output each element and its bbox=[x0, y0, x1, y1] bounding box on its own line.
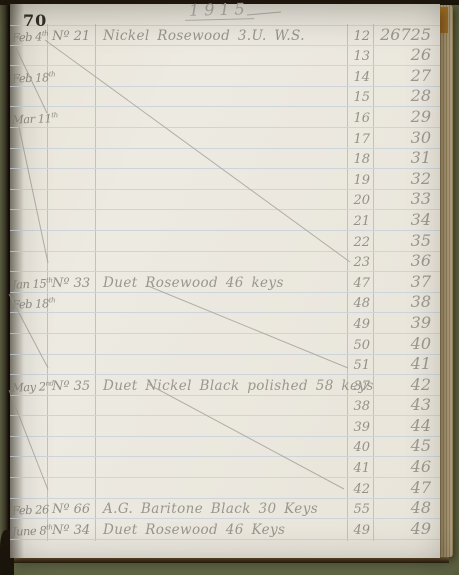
ledger-row: 15 28 bbox=[10, 87, 440, 108]
entry-serial: 35 bbox=[375, 231, 433, 250]
entry-date bbox=[12, 167, 47, 168]
entry-description: Duet Nickel Black polished 58 keys bbox=[103, 378, 345, 394]
entry-serial: 48 bbox=[375, 498, 433, 517]
ledger-row: Jan 15th Nº 33 Duet Rosewood 46 keys 47 … bbox=[10, 272, 440, 293]
entry-qty: 13 bbox=[347, 49, 373, 64]
entry-date bbox=[12, 208, 47, 209]
ledger-row: May 2nd Nº 35 Duet Nickel Black polished… bbox=[10, 375, 440, 396]
entry-date: Feb 26 bbox=[12, 503, 47, 518]
entry-date-text: Feb 18 bbox=[12, 70, 49, 85]
entry-qty: 19 bbox=[347, 173, 373, 188]
entry-date bbox=[12, 372, 47, 373]
entry-serial: 33 bbox=[375, 189, 433, 208]
entry-qty: 50 bbox=[347, 338, 373, 353]
ledger-row: 17 30 bbox=[10, 128, 440, 149]
entry-serial: 28 bbox=[375, 86, 433, 105]
entry-date: Feb 18th bbox=[12, 297, 47, 312]
entry-qty: 49 bbox=[347, 317, 373, 332]
entry-qty: 42 bbox=[347, 482, 373, 497]
entry-description: Duet Rosewood 46 keys bbox=[103, 275, 345, 291]
entry-serial: 41 bbox=[375, 354, 433, 373]
entry-qty: 39 bbox=[347, 420, 373, 435]
ledger-row: 18 31 bbox=[10, 149, 440, 170]
entry-date bbox=[12, 475, 47, 476]
entry-qty: 41 bbox=[347, 461, 373, 476]
ledger-row: Mar 11th 16 29 bbox=[10, 107, 440, 128]
entry-date bbox=[12, 249, 47, 250]
entry-qty: 14 bbox=[347, 70, 373, 85]
entry-qty: 48 bbox=[347, 296, 373, 311]
entry-date-text: Jan 15 bbox=[12, 276, 47, 291]
entry-description: Nickel Rosewood 3.U. W.S. bbox=[103, 28, 345, 44]
underlying-page-sliver bbox=[439, 7, 448, 33]
entry-description: A.G. Baritone Black 30 Keys bbox=[103, 501, 345, 517]
entry-qty: 40 bbox=[347, 440, 373, 455]
entry-qty: 12 bbox=[347, 29, 373, 44]
entry-date: Feb 18th bbox=[12, 70, 47, 85]
entry-qty: 55 bbox=[347, 502, 373, 517]
entry-qty: 47 bbox=[347, 276, 373, 291]
entry-date-text: May 2 bbox=[12, 379, 46, 394]
ledger-row: 51 41 bbox=[10, 355, 440, 376]
ledger-row: 42 47 bbox=[10, 478, 440, 499]
entry-date bbox=[12, 331, 47, 332]
entry-date bbox=[12, 414, 47, 415]
entry-date bbox=[12, 270, 47, 271]
entry-serial: 37 bbox=[375, 272, 433, 291]
entry-serial: 38 bbox=[375, 292, 433, 311]
entry-qty: 37 bbox=[347, 379, 373, 394]
entry-serial: 46 bbox=[375, 457, 433, 476]
ledger-row: 20 33 bbox=[10, 190, 440, 211]
ledger-row: 40 45 bbox=[10, 437, 440, 458]
entry-date bbox=[12, 434, 47, 435]
entry-model-number: Nº 66 bbox=[52, 502, 96, 517]
entry-serial: 29 bbox=[375, 107, 433, 126]
entry-date: May 2nd bbox=[12, 379, 47, 394]
ledger-row: 50 40 bbox=[10, 334, 440, 355]
stacked-pages-edge bbox=[440, 5, 453, 557]
entry-date-text: Mar 11 bbox=[12, 111, 52, 126]
ledger-row: 22 35 bbox=[10, 231, 440, 252]
entry-model-number: Nº 21 bbox=[52, 29, 96, 44]
entry-date: June 8th bbox=[12, 523, 47, 538]
entry-serial: 40 bbox=[375, 334, 433, 353]
entry-qty: 38 bbox=[347, 399, 373, 414]
ledger-row: 23 36 bbox=[10, 252, 440, 273]
entry-serial: 27 bbox=[375, 66, 433, 85]
entry-serial: 36 bbox=[375, 251, 433, 270]
entry-model-number: Nº 33 bbox=[52, 276, 96, 291]
entry-qty: 49 bbox=[347, 523, 373, 538]
entry-serial: 43 bbox=[375, 395, 433, 414]
entry-date: Mar 11th bbox=[12, 111, 47, 126]
ledger-row: 39 44 bbox=[10, 416, 440, 437]
entry-date bbox=[12, 146, 47, 147]
ledger-row: Feb 18th 48 38 bbox=[10, 293, 440, 314]
ledger-row: 13 26 bbox=[10, 46, 440, 67]
entry-qty: 51 bbox=[347, 358, 373, 373]
ledger-row: 21 34 bbox=[10, 210, 440, 231]
entry-date-ordinal: th bbox=[49, 70, 56, 78]
entry-qty: 16 bbox=[347, 111, 373, 126]
entry-date: Feb 4th bbox=[12, 29, 47, 44]
entry-model-number: Nº 34 bbox=[52, 523, 96, 538]
entry-model-number: Nº 35 bbox=[52, 379, 96, 394]
entry-date bbox=[12, 64, 47, 65]
entry-date bbox=[12, 352, 47, 353]
entry-serial: 44 bbox=[375, 416, 433, 435]
entry-qty: 17 bbox=[347, 132, 373, 147]
entry-qty: 20 bbox=[347, 193, 373, 208]
entry-serial: 26725 bbox=[375, 25, 433, 44]
ledger-row: 38 43 bbox=[10, 396, 440, 417]
ledger-row: 41 46 bbox=[10, 457, 440, 478]
entry-qty: 18 bbox=[347, 152, 373, 167]
ledger-row: 49 39 bbox=[10, 313, 440, 334]
entry-date bbox=[12, 496, 47, 497]
entry-date bbox=[12, 187, 47, 188]
entry-serial: 49 bbox=[375, 519, 433, 538]
entry-date: Jan 15th bbox=[12, 276, 47, 291]
entry-qty: 21 bbox=[347, 214, 373, 229]
entry-date-text: Feb 18 bbox=[12, 297, 49, 312]
year-heading: 1915 bbox=[185, 0, 254, 21]
entry-serial: 47 bbox=[375, 478, 433, 497]
ledger-page: 70 1915 Feb 4th Nº 21 Nickel Rosewood 3.… bbox=[10, 4, 440, 558]
entry-serial: 32 bbox=[375, 169, 433, 188]
entry-date-ordinal: th bbox=[42, 29, 49, 37]
entry-serial: 26 bbox=[375, 45, 433, 64]
ledger-row: June 8th Nº 34 Duet Rosewood 46 Keys 49 … bbox=[10, 519, 440, 540]
ledger-row: 19 32 bbox=[10, 169, 440, 190]
entry-date-text: Feb 4 bbox=[12, 29, 42, 44]
entry-date bbox=[12, 228, 47, 229]
entry-serial: 42 bbox=[375, 375, 433, 394]
entry-qty: 23 bbox=[347, 255, 373, 270]
entry-serial: 45 bbox=[375, 436, 433, 455]
entry-serial: 39 bbox=[375, 313, 433, 332]
entry-date-ordinal: th bbox=[51, 111, 58, 119]
entry-description: Duet Rosewood 46 Keys bbox=[103, 522, 345, 538]
entry-qty: 22 bbox=[347, 235, 373, 250]
ledger-row: Feb 26 Nº 66 A.G. Baritone Black 30 Keys… bbox=[10, 499, 440, 520]
ledger-rows: Feb 4th Nº 21 Nickel Rosewood 3.U. W.S. … bbox=[10, 25, 440, 541]
entry-date bbox=[12, 455, 47, 456]
entry-date-ordinal: th bbox=[49, 297, 56, 305]
entry-date-text: June 8 bbox=[12, 523, 47, 538]
entry-date-text: Feb 26 bbox=[12, 503, 49, 518]
entry-serial: 30 bbox=[375, 128, 433, 147]
ledger-row: Feb 4th Nº 21 Nickel Rosewood 3.U. W.S. … bbox=[10, 25, 440, 46]
entry-qty: 15 bbox=[347, 90, 373, 105]
entry-serial: 31 bbox=[375, 148, 433, 167]
entry-serial: 34 bbox=[375, 210, 433, 229]
ledger-row: Feb 18th 14 27 bbox=[10, 66, 440, 87]
entry-date bbox=[12, 105, 47, 106]
